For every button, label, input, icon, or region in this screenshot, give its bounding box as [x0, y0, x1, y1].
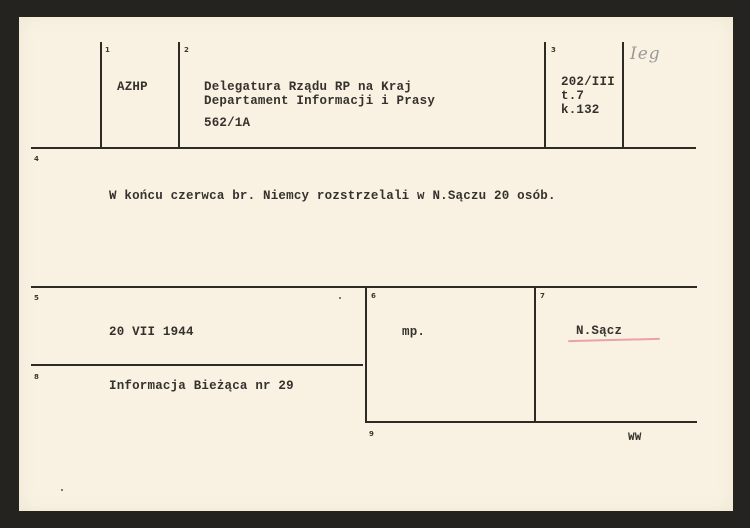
field-number-9: 9 — [369, 430, 374, 438]
reference-line-2: t.7 — [561, 89, 584, 103]
ink-speck — [339, 297, 341, 299]
field-number-4: 4 — [34, 155, 39, 163]
author-initials: WW — [628, 431, 642, 445]
divider-bottom-section — [31, 286, 697, 288]
divider-field-9-top — [365, 421, 697, 423]
location-value: N.Sącz — [576, 324, 622, 338]
divider-field-2-left — [178, 42, 180, 149]
field-number-2: 2 — [184, 46, 189, 54]
field-number-3: 3 — [551, 46, 556, 54]
divider-field-5-8 — [31, 364, 363, 366]
divider-field-3-left — [544, 42, 546, 149]
divider-top-section — [31, 147, 696, 149]
issuer-signature: 562/1A — [204, 116, 250, 130]
date-value: 20 VII 1944 — [109, 325, 194, 339]
source-value: Informacja Bieżąca nr 29 — [109, 379, 294, 393]
handwritten-note: Ieg — [630, 44, 661, 64]
divider-field-7-left — [534, 286, 536, 423]
divider-field-6-left — [365, 286, 367, 423]
reference-line-1: 202/III — [561, 75, 615, 89]
field-number-7: 7 — [540, 292, 545, 300]
field-number-5: 5 — [34, 294, 39, 302]
issuer-line-2: Departament Informacji i Prasy — [204, 94, 435, 108]
issuer-line-1: Delegatura Rządu RP na Kraj — [204, 80, 412, 94]
archive-index-card: 1 AZHP 2 Delegatura Rządu RP na Kraj Dep… — [19, 17, 733, 511]
field-number-8: 8 — [34, 373, 39, 381]
red-underline-mark — [568, 338, 660, 342]
divider-field-3-right — [622, 42, 624, 149]
divider-field-1-left — [100, 42, 102, 149]
reference-line-3: k.132 — [561, 103, 600, 117]
ink-speck — [61, 489, 63, 491]
archive-abbreviation: AZHP — [117, 80, 148, 94]
event-description: W końcu czerwca br. Niemcy rozstrzelali … — [109, 189, 556, 203]
field-number-1: 1 — [105, 46, 110, 54]
field-number-6: 6 — [371, 292, 376, 300]
place-of-issue-value: mp. — [402, 325, 425, 339]
